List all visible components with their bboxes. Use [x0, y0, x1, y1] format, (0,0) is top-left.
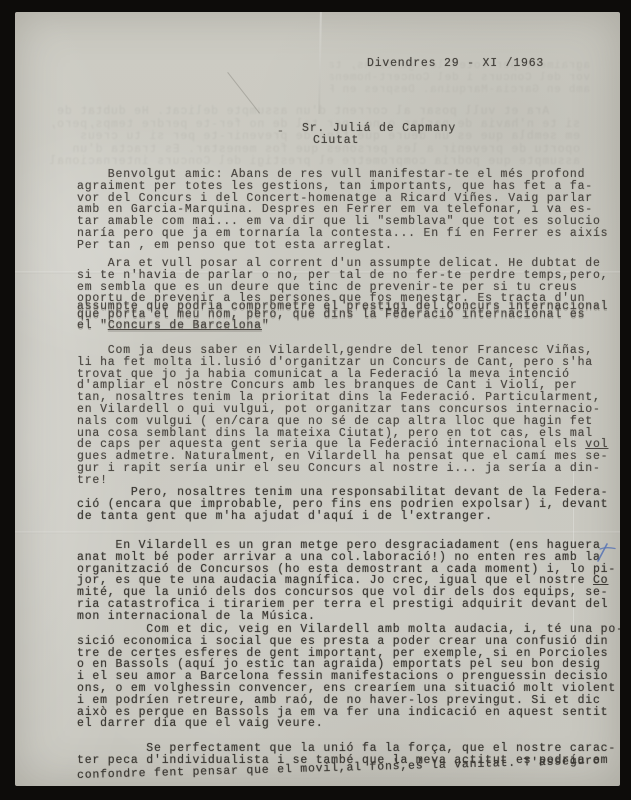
letter-line: Per tan , em penso que tot esta arreglat… [77, 240, 608, 252]
letter-line: nals com vulgui ( en/cara que no sé de c… [77, 416, 608, 428]
letter-line: mon internacional de la Música. [77, 611, 616, 623]
letter-line: si te n'havia de parlar o no, per tal de… [77, 270, 608, 282]
letter-line: anat molt bé poder arrivar a una col.lab… [77, 552, 616, 564]
letter-line: tre! [77, 475, 608, 487]
letter-body: Benvolgut amic: Abans de res vull manife… [77, 0, 625, 800]
letter-paragraph: Pero, nosaltres tenim una responsabilita… [77, 487, 608, 522]
scan-border-left [0, 0, 15, 800]
letter-paragraph: Benvolgut amic: Abans de res vull manife… [77, 169, 608, 252]
letter-line: naría pero que ja em tornaría la contest… [77, 228, 608, 240]
letter-line: de tanta gent que m'ha ajudat d'aquí i d… [77, 511, 608, 523]
letter-line: el "Concurs de Barcelona" [77, 320, 608, 332]
letter-line: ons, o em volghessin convencer, ens crea… [77, 683, 624, 695]
handwritten-blue-t-mark [590, 541, 622, 565]
letter-line: sició economica i social que es presta a… [77, 636, 624, 648]
letter-paragraph: Com ja deus saber en Vilardell,gendre de… [77, 345, 608, 487]
letter-line: i em podríen retreure, amb raó, de no ha… [77, 695, 624, 707]
underlined-text: Concurs de Barcelona [108, 319, 262, 332]
letter-line: li ha fet molta il.lusió d'organitzar un… [77, 357, 608, 369]
letter-line: ció (encara que improbable, pero fins en… [77, 499, 608, 511]
letter-line: en Vilardell o qui vulgui, pot organitza… [77, 404, 608, 416]
stray-apostrophe-marks: ' ' [392, 758, 430, 770]
letter-paragraph: Com et dic, veig en Vilardell amb molta … [77, 624, 624, 730]
scan-border-bottom [0, 786, 631, 800]
letter-line: gur i rapit sería unir el seu Concurs al… [77, 463, 608, 475]
letter-paragraph: En Vilardell es un gran metge pero desgr… [77, 540, 616, 623]
letter-line: el darrer dia que el vaig veure. [77, 718, 624, 730]
letter-line: ria catastrofica i tirariem per terra el… [77, 599, 616, 611]
letter-line: agraiment per totes les gestions, tan im… [77, 181, 608, 193]
scan-border-top [0, 0, 631, 12]
scan-border-right [620, 0, 631, 800]
letter-paragraph: Ara et vull posar al corrent d'un assump… [77, 258, 608, 332]
letter-paragraph: Se perfectament que la unió fa la força,… [77, 743, 616, 778]
